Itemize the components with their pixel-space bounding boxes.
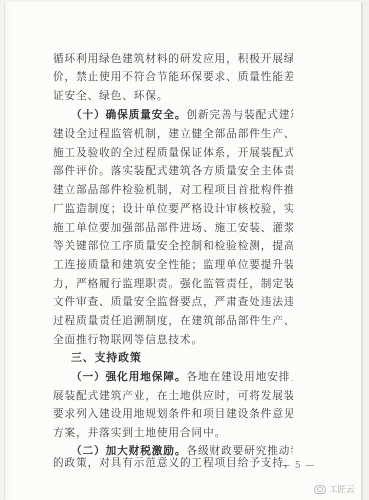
paragraph-text: 各级财政要研究推动装配式建筑发展	[186, 445, 293, 457]
paragraph-line: 施工单位要加强部品部件进场、施工安装、灌浆连接、密封防水	[53, 222, 293, 234]
paragraph-line: 要求列入建设用地规划条件和项目建设条件意见书中，纳入供地	[53, 408, 293, 420]
paragraph-line: 施工及验收的全过程质量保证体系，开展装配式建筑性能和部品	[53, 147, 293, 159]
watermark-label: 工匠云	[329, 483, 355, 495]
paragraph-line: 部件评价。落实装配式建筑各方质量安全主体责任，生产单位要	[53, 165, 293, 177]
paragraph-line: 工连接质量和建筑安全性能；监理单位要提升装配式建筑监理能	[53, 259, 293, 271]
paragraph-first-line: （二）加大财税激励。各级财政要研究推动装配式建筑发展	[71, 445, 293, 457]
paragraph-line: 价，禁止使用不符合节能环保要求、质量性能差的建筑材料，保	[53, 71, 293, 83]
paragraph-line: 建设全过程监管机制，建立健全部品部件生产、检验检测、装配	[53, 128, 293, 140]
page-number: — 5 —	[281, 461, 315, 471]
paragraph-line: 过程质量责任追溯制度，在建筑部品部件生产、建筑施工等环节	[53, 315, 293, 327]
paragraph-line: 证安全、绿色、环保。	[53, 90, 293, 102]
paragraph-first-line: （十）确保质量安全。创新完善与装配式建筑相适应的工程	[71, 109, 293, 121]
paragraph-line: 文件审查、质量安全监督要点，严肃查处违法违规行为。建立全	[53, 296, 293, 308]
paragraph-line: 建立部品部件检验机制，对工程项目首批构件推行建设、监理驻	[53, 184, 293, 196]
section-heading: 三、支持政策	[71, 352, 142, 364]
paragraph-lead: （二）加大财税激励。	[71, 445, 186, 457]
wechat-logo-icon	[314, 485, 326, 494]
paragraph-line: 方案，并落实到土地使用合同中。	[53, 427, 293, 439]
paragraph-line: 展装配式建筑产业，在土地供应时，可将发展装配式建筑的相关	[53, 390, 293, 402]
watermark: 工匠云	[314, 483, 355, 495]
document-page: 循环利用绿色建筑材料的研发应用，积极开展绿色建筑材料评 价，禁止使用不符合节能环…	[4, 2, 363, 500]
paragraph-text: 创新完善与装配式建筑相适应的工程	[186, 109, 293, 121]
paragraph-lead: （一）强化用地保障。	[71, 371, 186, 383]
paragraph-line: 厂监造制度；设计单位要严格设计审核校验，实行全过程服务；	[53, 203, 293, 215]
paragraph-text: 各地在建设用地安排上要优先支持发	[186, 371, 293, 383]
paragraph-line: 全面推行物联网等信息技术。	[53, 334, 293, 346]
paragraph-first-line: （一）强化用地保障。各地在建设用地安排上要优先支持发	[71, 371, 293, 383]
paragraph-line: 力，严格履行监理职责。强化监管责任，制定装配式建筑施工图	[53, 278, 293, 290]
paragraph-line: 的政策，对具有示范意义的工程项目给予支持，符合条件的，可	[53, 457, 293, 469]
paragraph-line: 循环利用绿色建筑材料的研发应用，积极开展绿色建筑材料评	[53, 53, 293, 65]
paragraph-line: 等关键部位工序质量安全控制和检验检测，提高部品部件装配施	[53, 240, 293, 252]
paragraph-lead: （十）确保质量安全。	[71, 109, 186, 121]
